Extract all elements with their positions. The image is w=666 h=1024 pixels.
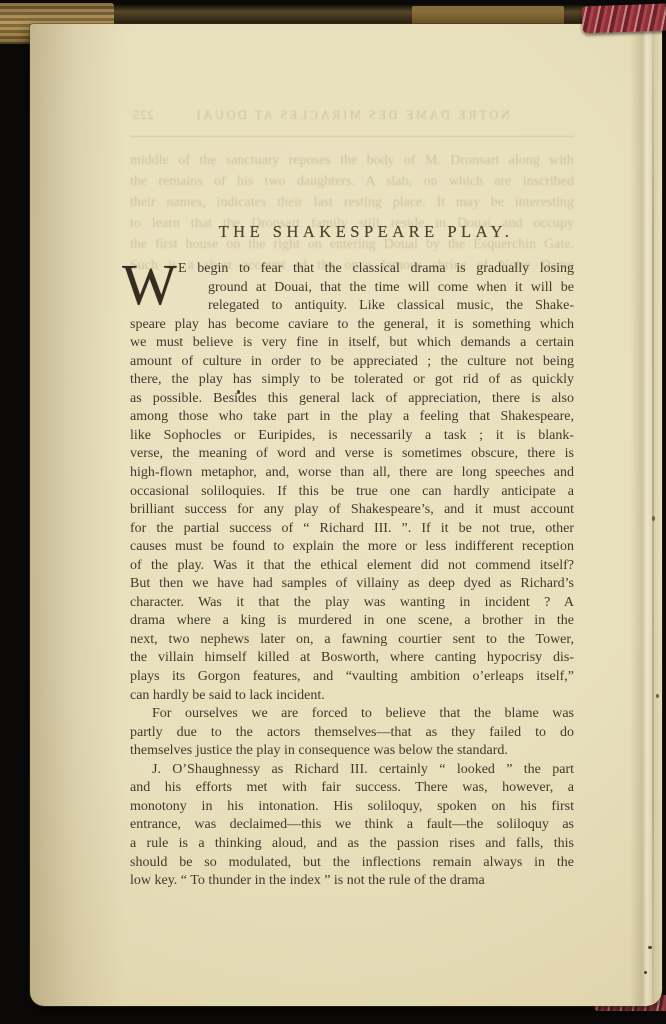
text-line: amount of culture in order to be appreci… <box>130 353 574 372</box>
text-line: drama where a king is murdered in one sc… <box>130 612 574 631</box>
text-line: But then we have had samples of villainy… <box>130 575 574 594</box>
book-headband <box>582 4 666 34</box>
text-line: themselves justice the play in consequen… <box>130 742 574 761</box>
text-line: we must believe is very fine in itself, … <box>130 334 574 353</box>
text-line: should be so modulated, but the inflecti… <box>130 854 574 873</box>
text-line: for the partial success of “ Richard III… <box>130 520 574 539</box>
drop-cap: W <box>122 257 177 313</box>
text-line: E begin to fear that the classical drama… <box>130 260 574 279</box>
text-line: J. O’Shaughnessy as Richard III. certain… <box>130 761 574 780</box>
text-line: like Sophocles or Euripides, is necessar… <box>130 427 574 446</box>
text-line: as possible. Besides this general lack o… <box>130 390 574 409</box>
text-line: entrance, was declaimed—this we think a … <box>130 816 574 835</box>
text-line: can hardly be said to lack incident. <box>130 687 574 706</box>
text-line: causes must be found to explain the more… <box>130 538 574 557</box>
text-line: next, two nephews later on, a fawning co… <box>130 631 574 650</box>
text-line: high-flown metaphor, and, worse than all… <box>130 464 574 483</box>
paper-speck <box>237 390 240 394</box>
paragraph: W E begin to fear that the classical dra… <box>130 260 574 705</box>
paper-speck <box>648 946 652 949</box>
paper-speck <box>652 516 655 521</box>
text-line: a rule is a thinking aloud, and as the p… <box>130 835 574 854</box>
text-line: speare play has become caviare to the ge… <box>130 316 574 335</box>
paragraph: For ourselves we are forced to believe t… <box>130 705 574 761</box>
text-line: character. Was it that the play was want… <box>130 594 574 613</box>
text-line: low key. “ To thunder in the index ” is … <box>130 872 574 891</box>
text-line: monotony in his intonation. His soliloqu… <box>130 798 574 817</box>
text-line: brilliant success for any play of Shakes… <box>130 501 574 520</box>
text-line: verse, the meaning of word and verse is … <box>130 445 574 464</box>
text-line: the villain himself killed at Bosworth, … <box>130 649 574 668</box>
text-line: occasional soliloquies. If this be true … <box>130 483 574 502</box>
page-title: THE SHAKESPEARE PLAY. <box>144 222 588 242</box>
book-cover-worn-patch <box>412 6 564 25</box>
book-page: NOTRE DAME DES MIRACLES AT DOUAI 225 mid… <box>30 24 662 1006</box>
text-line: For ourselves we are forced to believe t… <box>130 705 574 724</box>
paragraph: J. O’Shaughnessy as Richard III. certain… <box>130 761 574 891</box>
text-line: of the play. Was it that the ethical ele… <box>130 557 574 576</box>
article-text: W E begin to fear that the classical dra… <box>130 260 574 891</box>
printed-content: THE SHAKESPEARE PLAY. W E begin to fear … <box>30 24 662 1006</box>
text-line: partly due to the actors themselves—that… <box>130 724 574 743</box>
text-line: among those who take part in the play a … <box>130 408 574 427</box>
text-line: plays its Gorgon features, and “vaulting… <box>130 668 574 687</box>
text-line: there, the play has simply to be tolerat… <box>130 371 574 390</box>
paper-speck <box>656 694 659 698</box>
scanned-book-photo: NOTRE DAME DES MIRACLES AT DOUAI 225 mid… <box>0 0 666 1024</box>
paper-speck <box>644 971 647 974</box>
page-edges-stack <box>0 24 34 1012</box>
text-line: and his efforts met with fair success. T… <box>130 779 574 798</box>
text-line: ground at Douai, that the time will come… <box>130 279 574 298</box>
text-line: relegated to antiquity. Like classical m… <box>130 297 574 316</box>
